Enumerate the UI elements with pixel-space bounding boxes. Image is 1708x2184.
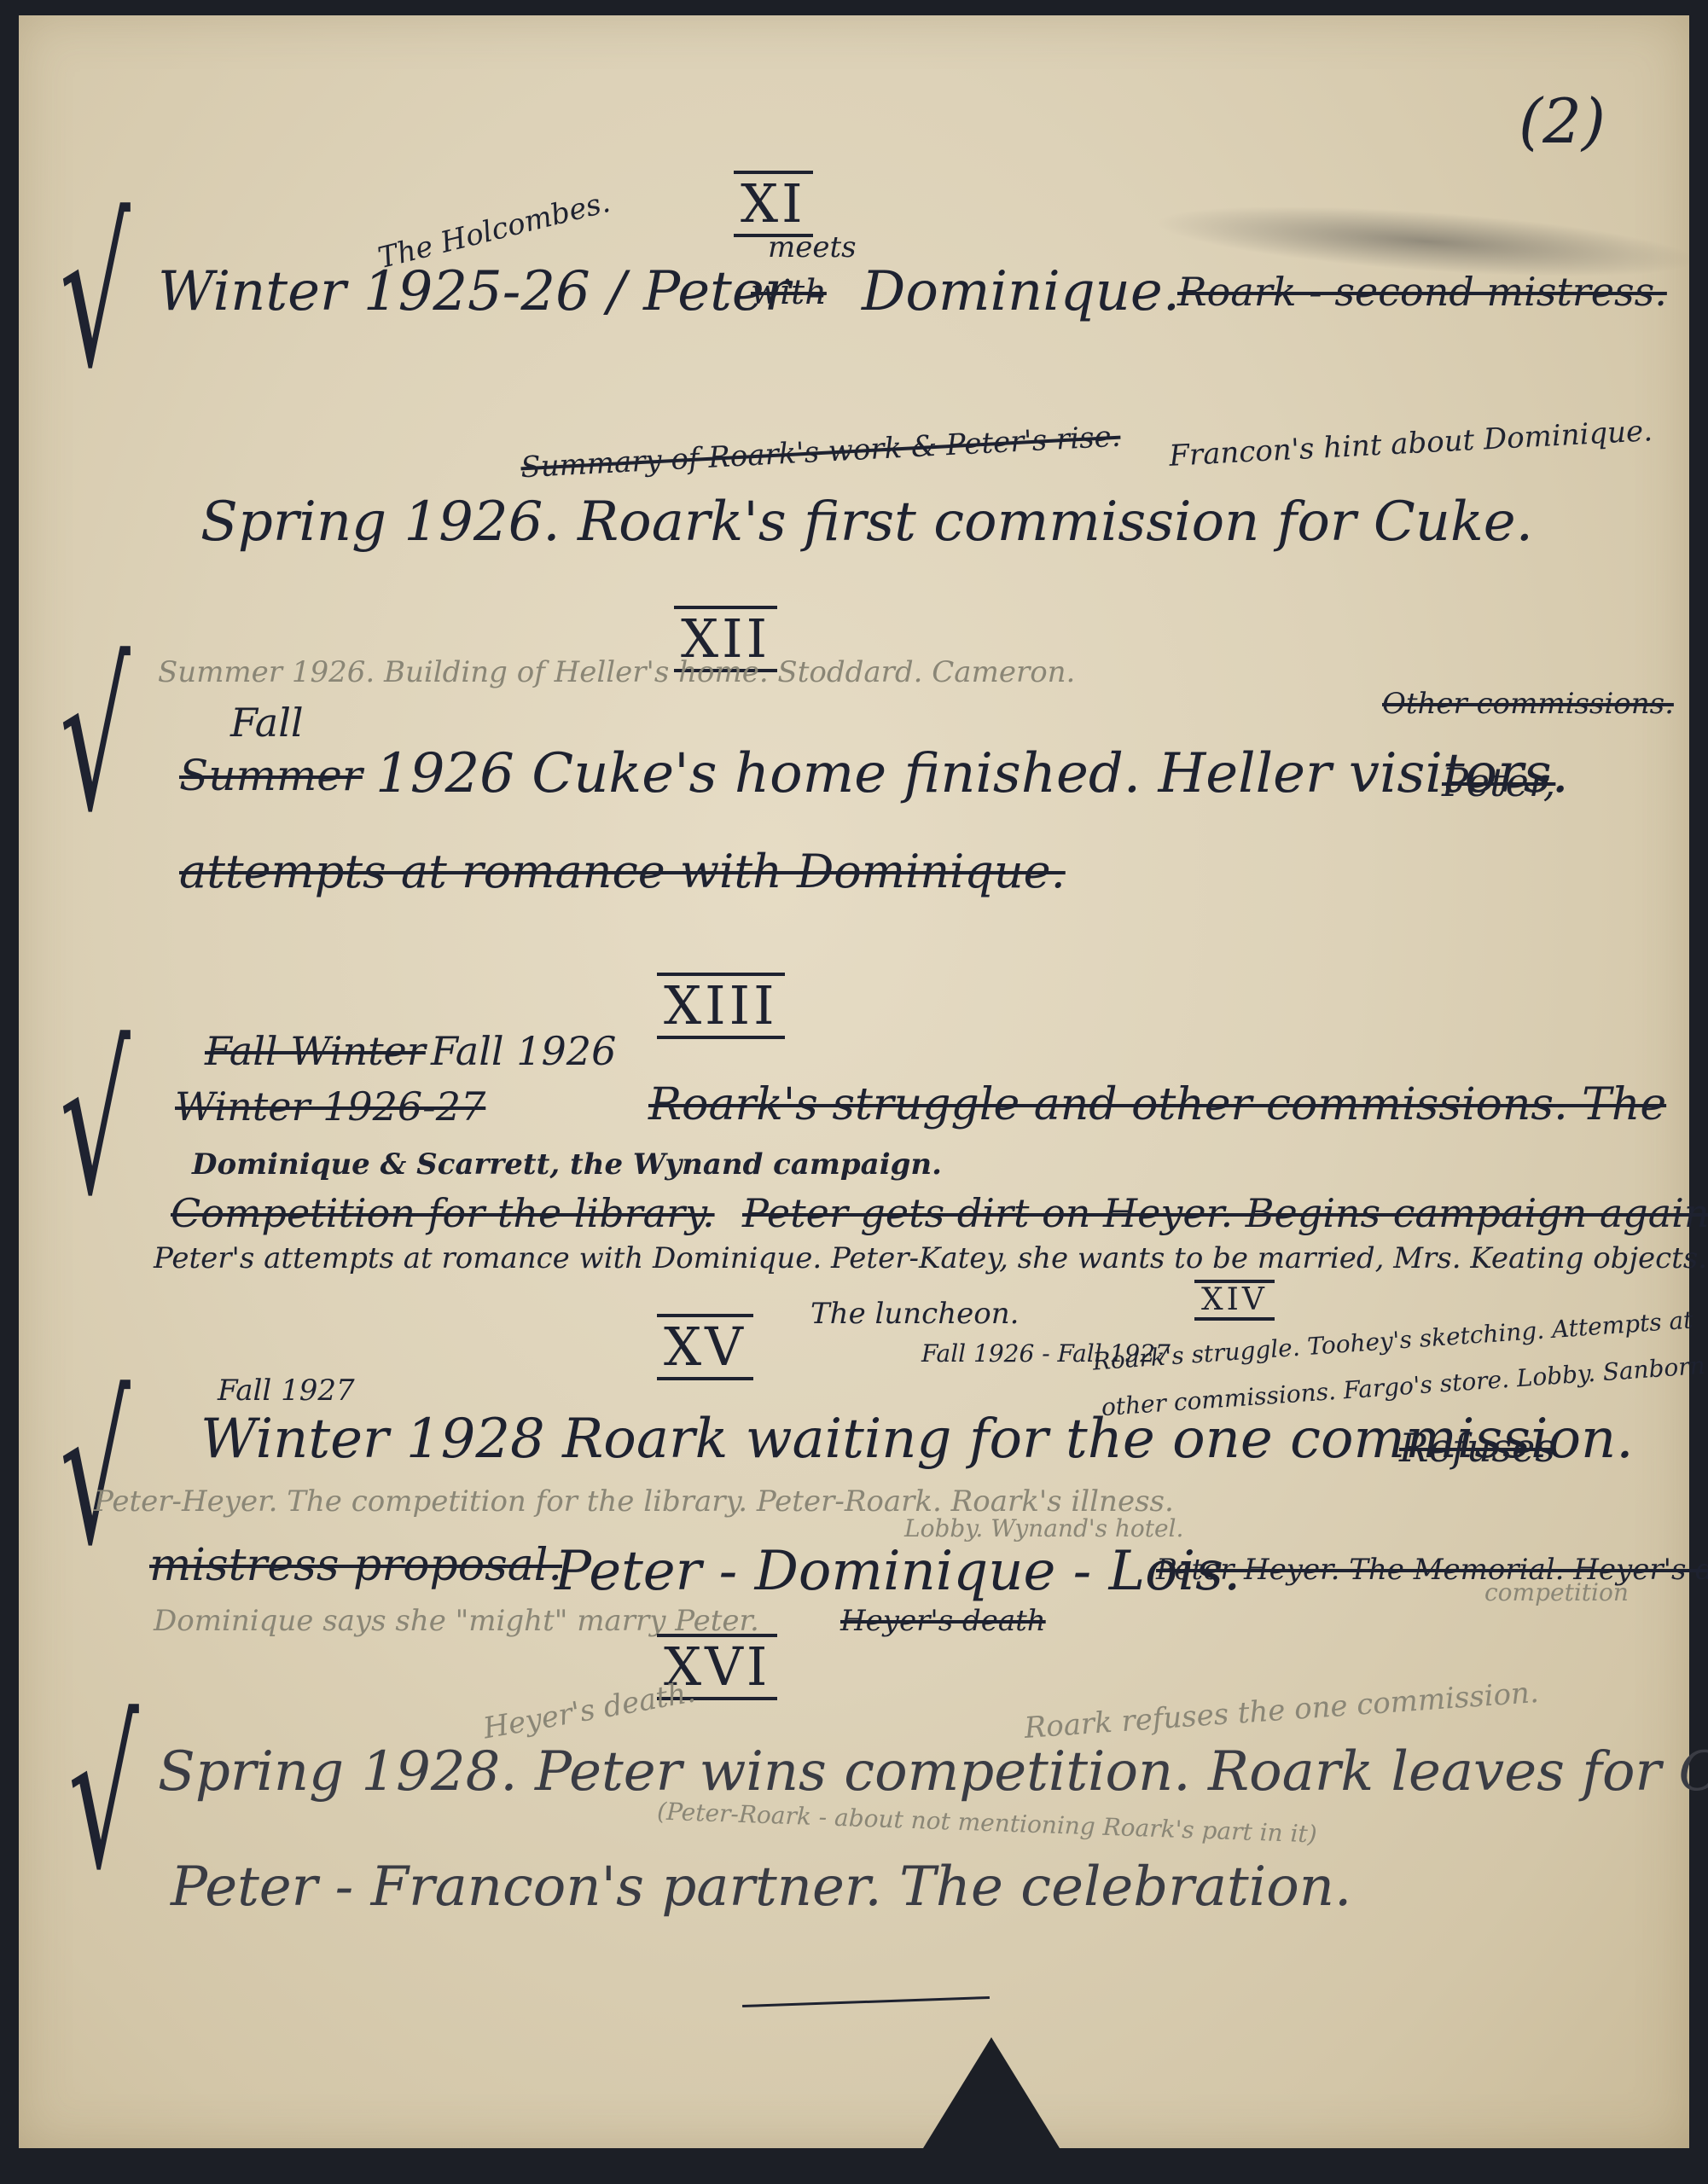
struck-refuses: Refuses [1399,1425,1555,1471]
torn-edge [923,2037,1060,2148]
note-meets: meets [768,230,857,264]
struck-roark-struggle: Roark's struggle and other commissions. … [648,1079,1666,1130]
struck-mistress-proposal: mistress proposal. [149,1540,562,1591]
line-dominique: Dominique. [862,260,1180,323]
struck-attempts-romance: attempts at romance with Dominique. [179,845,1066,898]
margin-checkmark: √ [60,1356,131,1589]
struck-roark-mistress: Roark - second mistress. [1177,269,1667,315]
chapter-numeral-xiii: XIII [657,973,785,1039]
margin-checkmark: √ [60,622,131,856]
struck-with: with [751,273,827,312]
line-cuke-home: 1926 Cuke's home finished. Heller visito… [375,742,1569,805]
line-dominique-scarrett: Dominique & Scarrett, the Wynand campaig… [192,1147,942,1182]
struck-peter-dirt: Peter gets dirt on Heyer. Begins campaig… [742,1190,1708,1236]
line-lobby-wynand: Lobby. Wynand's hotel. [904,1514,1183,1542]
pencil-note-summer-1926: Summer 1926. Building of Heller's home. … [158,655,1075,689]
struck-other-commissions: Other commissions. [1382,687,1674,721]
line-peter-francon-partner: Peter - Francon's partner. The celebrati… [171,1856,1351,1919]
margin-checkmark: √ [60,178,131,412]
line-peter-dominique-lois: Peter - Dominique - Lois. [555,1540,1240,1603]
chapter-numeral-xv: XV [657,1314,753,1380]
pencil-dominique-marry: Dominique says she "might" marry Peter. [154,1604,759,1638]
date-fall-1927: Fall 1927 [218,1374,355,1408]
page-number: (2) [1519,85,1606,157]
pencil-margin-competition: competition [1484,1578,1629,1606]
struck-winter-1926: Winter 1926-27 [175,1083,485,1130]
struck-fall-winter: Fall Winter [205,1028,426,1074]
line-spring-1928: Spring 1928. Peter wins competition. Roa… [158,1740,1708,1804]
line-peter-attempts: Peter's attempts at romance with Dominiq… [154,1241,1707,1275]
struck-peter: Peter, [1442,759,1555,805]
struck-summer: Summer [179,751,363,800]
struck-competition-library: Competition for the library. [171,1190,715,1236]
margin-checkmark: √ [60,1006,131,1240]
line-winter-1925: Winter 1925-26 / Peter - [158,260,826,323]
margin-checkmark: √ [68,1680,139,1914]
note-luncheon: The luncheon. [810,1297,1019,1331]
chapter-numeral-xi: XI [734,171,813,237]
insert-fall: Fall [230,700,304,746]
chapter-numeral-xiv: XIV [1194,1280,1275,1321]
line-peter-heyer: Peter-Heyer. The competition for the lib… [94,1484,1174,1519]
line-spring-1926: Spring 1926. Roark's first commission fo… [200,491,1533,554]
struck-heyer-death: Heyer's death [840,1604,1046,1638]
date-fall-1926: Fall 1926 [431,1028,616,1074]
